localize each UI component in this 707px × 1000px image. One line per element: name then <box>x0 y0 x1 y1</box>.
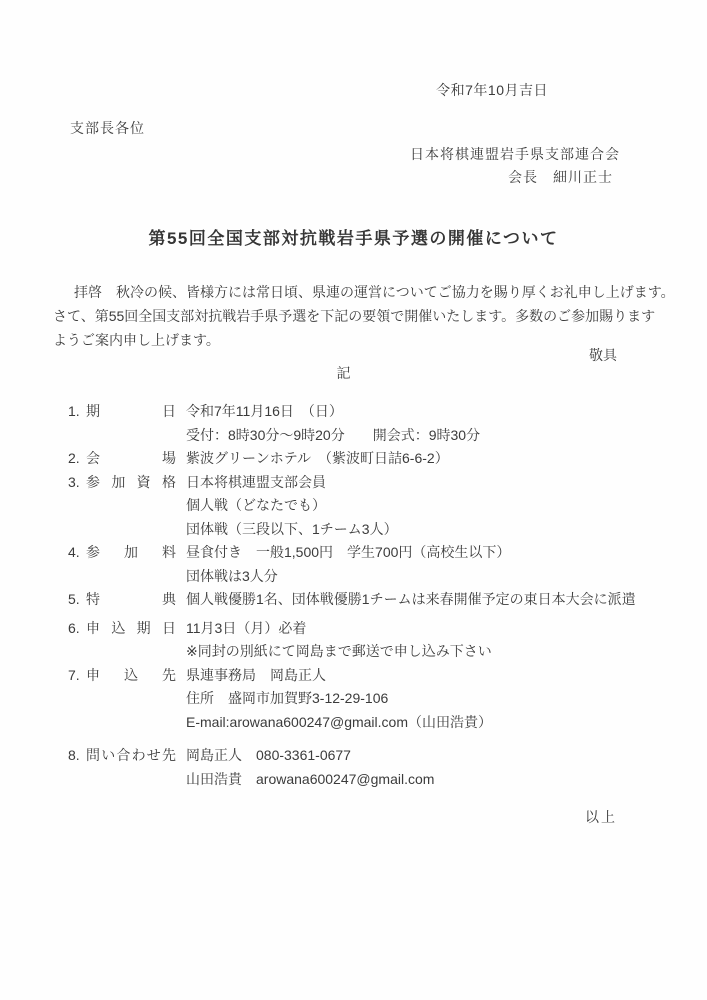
item-number: 7. <box>68 664 86 688</box>
recipient-line: 支部長各位 <box>70 118 145 138</box>
item-label: 特典 <box>86 588 176 612</box>
item-content-line: 令和7年11月16日 （日） <box>186 400 691 424</box>
item-content: 県連事務局 岡島正人 住所 盛岡市加賀野3-12-29-106 E-mail:a… <box>186 664 691 735</box>
item-content: 令和7年11月16日 （日） 受付：8時30分～9時20分 開会式：9時30分 <box>186 400 691 447</box>
item-label: 参加資格 <box>86 471 176 495</box>
item-label: 期日 <box>86 400 176 424</box>
list-item-7: 7. 申込先 県連事務局 岡島正人 住所 盛岡市加賀野3-12-29-106 E… <box>68 664 691 735</box>
item-content-line: 住所 盛岡市加賀野3-12-29-106 <box>186 687 691 711</box>
record-marker: 記 <box>0 363 687 383</box>
item-number: 6. <box>68 617 86 641</box>
document-page: 令和7年10月吉日 支部長各位 日本将棋連盟岩手県支部連合会 会長 細川正士 第… <box>0 0 707 1000</box>
document-title: 第55回全国支部対抗戦岩手県予選の開催について <box>0 224 707 249</box>
item-content-line: 日本将棋連盟支部会員 <box>186 471 691 495</box>
item-list: 1. 期日 令和7年11月16日 （日） 受付：8時30分～9時20分 開会式：… <box>68 400 691 791</box>
item-content: 紫波グリーンホテル （紫波町日詰6-6-2） <box>186 447 691 471</box>
list-item-3: 3. 参加資格 日本将棋連盟支部会員 個人戦（どなたでも） 団体戦（三段以下、1… <box>68 471 691 542</box>
item-content-line: 個人戦（どなたでも） <box>186 494 691 518</box>
item-content-line: 団体戦（三段以下、1チーム3人） <box>186 518 691 542</box>
item-content: 昼食付き 一般1,500円 学生700円（高校生以下） 団体戦は3人分 <box>186 541 691 588</box>
body-paragraph: 拝啓 秋冷の候、皆様方には常日頃、県連の運営についてご協力を賜り厚くお礼申し上げ… <box>53 280 679 352</box>
item-content-line: 団体戦は3人分 <box>186 565 691 589</box>
item-content-line: ※同封の別紙にて岡島まで郵送で申し込み下さい <box>186 640 691 664</box>
closing-salutation: 敬具 <box>589 345 617 365</box>
item-content-line: 紫波グリーンホテル （紫波町日詰6-6-2） <box>186 447 691 471</box>
list-item-6: 6. 申込期日 11月3日（月）必着 ※同封の別紙にて岡島まで郵送で申し込み下さ… <box>68 617 691 664</box>
item-number: 2. <box>68 447 86 471</box>
item-label: 申込先 <box>86 664 176 688</box>
list-item-2: 2. 会場 紫波グリーンホテル （紫波町日詰6-6-2） <box>68 447 691 471</box>
list-item-5: 5. 特典 個人戦優勝1名、団体戦優勝1チームは来春開催予定の東日本大会に派遣 <box>68 588 691 612</box>
item-number: 4. <box>68 541 86 565</box>
item-content: 日本将棋連盟支部会員 個人戦（どなたでも） 団体戦（三段以下、1チーム3人） <box>186 471 691 542</box>
president-name: 会長 細川正士 <box>508 167 613 187</box>
end-marker: 以上 <box>585 807 617 827</box>
item-label: 会場 <box>86 447 176 471</box>
item-content-line: 昼食付き 一般1,500円 学生700円（高校生以下） <box>186 541 691 565</box>
list-item-1: 1. 期日 令和7年11月16日 （日） 受付：8時30分～9時20分 開会式：… <box>68 400 691 447</box>
item-content-line: 山田浩貴 arowana600247@gmail.com <box>186 768 691 792</box>
item-content-line: 岡島正人 080-3361-0677 <box>186 744 691 768</box>
document-date: 令和7年10月吉日 <box>436 80 548 100</box>
item-content-line: 個人戦優勝1名、団体戦優勝1チームは来春開催予定の東日本大会に派遣 <box>186 588 691 612</box>
item-content-line: 受付：8時30分～9時20分 開会式：9時30分 <box>186 424 691 448</box>
body-line: ようご案内申し上げます。 <box>53 328 679 352</box>
item-content-line: 11月3日（月）必着 <box>186 617 691 641</box>
item-number: 1. <box>68 400 86 424</box>
body-line: さて、第55回全国支部対抗戦岩手県予選を下記の要領で開催いたします。多数のご参加… <box>53 304 679 328</box>
item-content-line: 県連事務局 岡島正人 <box>186 664 691 688</box>
list-item-8: 8. 問い合わせ先 岡島正人 080-3361-0677 山田浩貴 arowan… <box>68 744 691 791</box>
body-line: 拝啓 秋冷の候、皆様方には常日頃、県連の運営についてご協力を賜り厚くお礼申し上げ… <box>53 280 679 304</box>
item-content: 岡島正人 080-3361-0677 山田浩貴 arowana600247@gm… <box>186 744 691 791</box>
item-content-line: E-mail:arowana600247@gmail.com（山田浩貴） <box>186 711 691 735</box>
item-number: 5. <box>68 588 86 612</box>
item-content: 11月3日（月）必着 ※同封の別紙にて岡島まで郵送で申し込み下さい <box>186 617 691 664</box>
list-item-4: 4. 参加料 昼食付き 一般1,500円 学生700円（高校生以下） 団体戦は3… <box>68 541 691 588</box>
item-label: 問い合わせ先 <box>86 744 176 768</box>
item-content: 個人戦優勝1名、団体戦優勝1チームは来春開催予定の東日本大会に派遣 <box>186 588 691 612</box>
item-label: 参加料 <box>86 541 176 565</box>
organization-name: 日本将棋連盟岩手県支部連合会 <box>410 144 620 164</box>
item-label: 申込期日 <box>86 617 176 641</box>
item-number: 3. <box>68 471 86 495</box>
item-number: 8. <box>68 744 86 768</box>
